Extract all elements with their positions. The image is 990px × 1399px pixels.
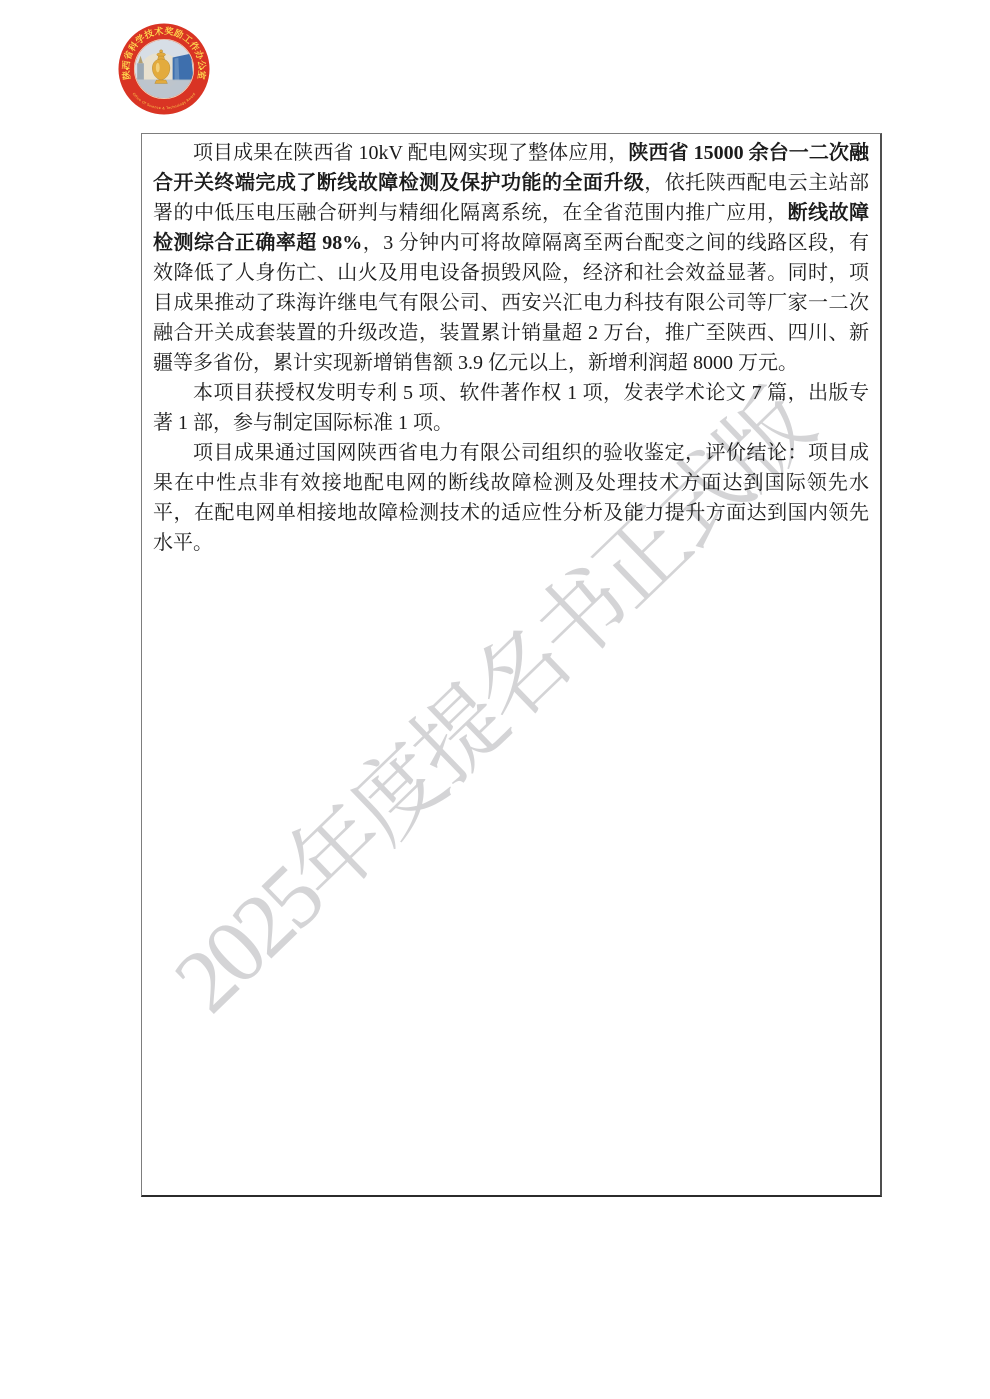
- paragraph-evaluation-conclusion: 项目成果通过国网陕西省电力有限公司组织的验收鉴定，评价结论：项目成果在中性点非有…: [153, 438, 869, 558]
- left-tower: [137, 63, 144, 79]
- document-page: 陕西省科学技术奖励工作办公室 Office Of Science & Techn…: [0, 0, 990, 1399]
- seal-right-dot: [200, 68, 202, 70]
- seal-graphic: 陕西省科学技术奖励工作办公室 Office Of Science & Techn…: [118, 23, 210, 115]
- seal-left-dot: [126, 68, 128, 70]
- content-cell: 项目成果在陕西省 10kV 配电网实现了整体应用，陕西省 15000 余台一二次…: [141, 133, 882, 1197]
- text-segment: 项目成果在陕西省 10kV 配电网实现了整体应用，: [193, 142, 628, 164]
- text-segment: 项目成果通过国网陕西省电力有限公司组织的验收鉴定，评价结论：项目成果在中性点非有…: [153, 442, 869, 554]
- award-office-seal: 陕西省科学技术奖励工作办公室 Office Of Science & Techn…: [118, 23, 210, 115]
- text-segment: 本项目获授权发明专利 5 项、软件著作权 1 项，发表学术论文 7 篇，出版专著…: [153, 382, 869, 434]
- paragraph-ip-achievements: 本项目获授权发明专利 5 项、软件著作权 1 项，发表学术论文 7 篇，出版专著…: [153, 378, 869, 438]
- paragraph-application-results: 项目成果在陕西省 10kV 配电网实现了整体应用，陕西省 15000 余台一二次…: [153, 138, 869, 378]
